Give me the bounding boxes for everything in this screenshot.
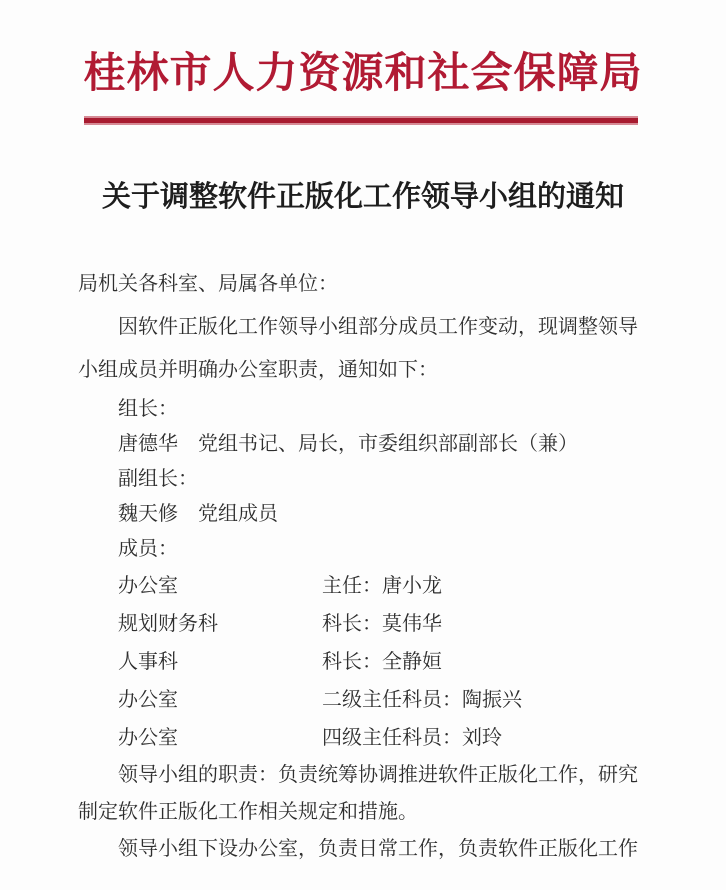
document-body: 局机关各科室、局属各单位： 因软件正版化工作领导小组部分成员工作变动，现调整领导… — [78, 263, 646, 868]
intro-paragraph: 因软件正版化工作领导小组部分成员工作变动，现调整领导小组成员并明确办公室职责，通… — [78, 306, 646, 392]
member-role-name: 科长：全静姮 — [322, 643, 646, 681]
member-dept: 办公室 — [118, 681, 322, 719]
office-paragraph: 领导小组下设办公室，负责日常工作，负责软件正版化工作 — [78, 831, 646, 868]
member-role-name: 四级主任科员：刘玲 — [322, 719, 646, 757]
member-row: 办公室 主任：唐小龙 — [118, 567, 646, 605]
member-row: 办公室 四级主任科员：刘玲 — [118, 719, 646, 757]
document-page: 桂林市人力资源和社会保障局 关于调整软件正版化工作领导小组的通知 局机关各科室、… — [0, 0, 726, 890]
member-list: 办公室 主任：唐小龙 规划财务科 科长：莫伟华 人事科 科长：全静姮 办公室 二… — [78, 567, 646, 757]
member-role-name: 主任：唐小龙 — [322, 567, 646, 605]
document-title: 关于调整软件正版化工作领导小组的通知 — [0, 177, 726, 217]
member-row: 办公室 二级主任科员：陶振兴 — [118, 681, 646, 719]
org-name-header: 桂林市人力资源和社会保障局 — [0, 0, 726, 104]
roster-line-deputy-leader-label: 副组长： — [78, 462, 646, 497]
member-dept: 人事科 — [118, 643, 322, 681]
closing-paragraphs: 领导小组的职责：负责统筹协调推进软件正版化工作，研究制定软件正版化工作相关规定和… — [78, 757, 646, 868]
duties-paragraph: 领导小组的职责：负责统筹协调推进软件正版化工作，研究制定软件正版化工作相关规定和… — [78, 757, 646, 831]
member-row: 人事科 科长：全静姮 — [118, 643, 646, 681]
roster-line-members-label: 成员： — [78, 532, 646, 567]
roster-line-group-leader-label: 组长： — [78, 392, 646, 427]
leader-roster: 组长： 唐德华 党组书记、局长，市委组织部副部长（兼） 副组长： 魏天修 党组成… — [78, 392, 646, 567]
header-divider-rule — [84, 116, 638, 125]
member-dept: 办公室 — [118, 719, 322, 757]
member-role-name: 科长：莫伟华 — [322, 605, 646, 643]
roster-line-deputy-leader: 魏天修 党组成员 — [78, 497, 646, 532]
roster-line-group-leader: 唐德华 党组书记、局长，市委组织部副部长（兼） — [78, 427, 646, 462]
member-row: 规划财务科 科长：莫伟华 — [118, 605, 646, 643]
member-dept: 办公室 — [118, 567, 322, 605]
member-dept: 规划财务科 — [118, 605, 322, 643]
member-role-name: 二级主任科员：陶振兴 — [322, 681, 646, 719]
salutation-line: 局机关各科室、局属各单位： — [78, 263, 646, 306]
